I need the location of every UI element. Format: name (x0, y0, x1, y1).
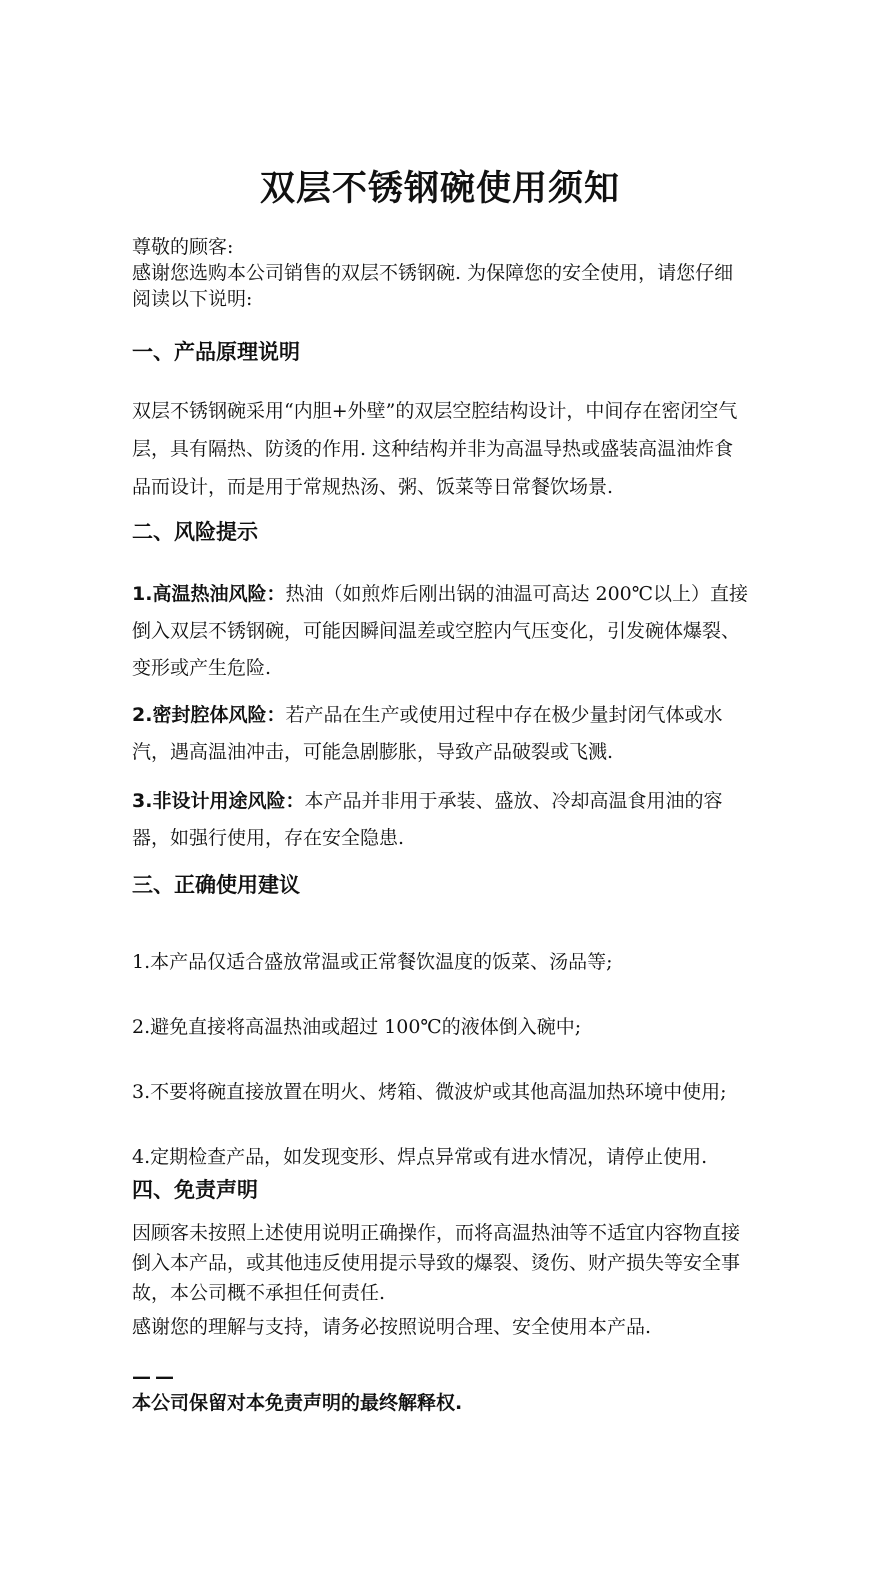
section-heading-risks: 二、风险提示 (132, 518, 748, 546)
risk-item-1: 1.高温热油风险：热油（如煎炸后刚出锅的油温可高达 200℃以上）直接倒入双层不… (132, 576, 748, 687)
document-page: 双层不锈钢碗使用须知 尊敬的顾客: 感谢您选购本公司销售的双层不锈钢碗. 为保障… (0, 0, 880, 1580)
intro-text: 感谢您选购本公司销售的双层不锈钢碗. 为保障您的安全使用，请您仔细阅读以下说明: (132, 260, 748, 312)
usage-item-4: 4.定期检查产品，如发现变形、焊点异常或有进水情况，请停止使用. (132, 1139, 748, 1176)
risk-item-2-label: 2.密封腔体风险： (132, 704, 285, 726)
risk-item-3: 3.非设计用途风险：本产品并非用于承装、盛放、冷却高温食用油的容器，如强行使用，… (132, 783, 748, 857)
intro-block: 尊敬的顾客: 感谢您选购本公司销售的双层不锈钢碗. 为保障您的安全使用，请您仔细… (132, 234, 748, 312)
usage-item-3: 3.不要将碗直接放置在明火、烤箱、微波炉或其他高温加热环境中使用; (132, 1074, 748, 1111)
section-heading-usage: 三、正确使用建议 (132, 871, 748, 899)
disclaimer-paragraph: 因顾客未按照上述使用说明正确操作，而将高温热油等不适宜内容物直接倒入本产品，或其… (132, 1218, 748, 1308)
section-heading-disclaimer: 四、免责声明 (132, 1176, 748, 1204)
usage-item-1: 1.本产品仅适合盛放常温或正常餐饮温度的饭菜、汤品等; (132, 944, 748, 981)
risk-item-1-label: 1.高温热油风险： (132, 583, 285, 605)
risk-item-3-label: 3.非设计用途风险： (132, 790, 304, 812)
page-title: 双层不锈钢碗使用须知 (132, 168, 748, 210)
principle-paragraph: 双层不锈钢碗采用“内胆+外壁”的双层空腔结构设计，中间存在密闭空气层，具有隔热、… (132, 392, 748, 506)
section-heading-principle: 一、产品原理说明 (132, 338, 748, 366)
thanks-paragraph: 感谢您的理解与支持，请务必按照说明合理、安全使用本产品. (132, 1312, 748, 1342)
footer-dashes: —— (132, 1364, 748, 1390)
salutation: 尊敬的顾客: (132, 234, 748, 260)
final-note: 本公司保留对本免责声明的最终解释权. (132, 1390, 748, 1416)
usage-item-2: 2.避免直接将高温热油或超过 100℃的液体倒入碗中; (132, 1009, 748, 1046)
risk-item-2: 2.密封腔体风险：若产品在生产或使用过程中存在极少量封闭气体或水汽，遇高温油冲击… (132, 697, 748, 771)
